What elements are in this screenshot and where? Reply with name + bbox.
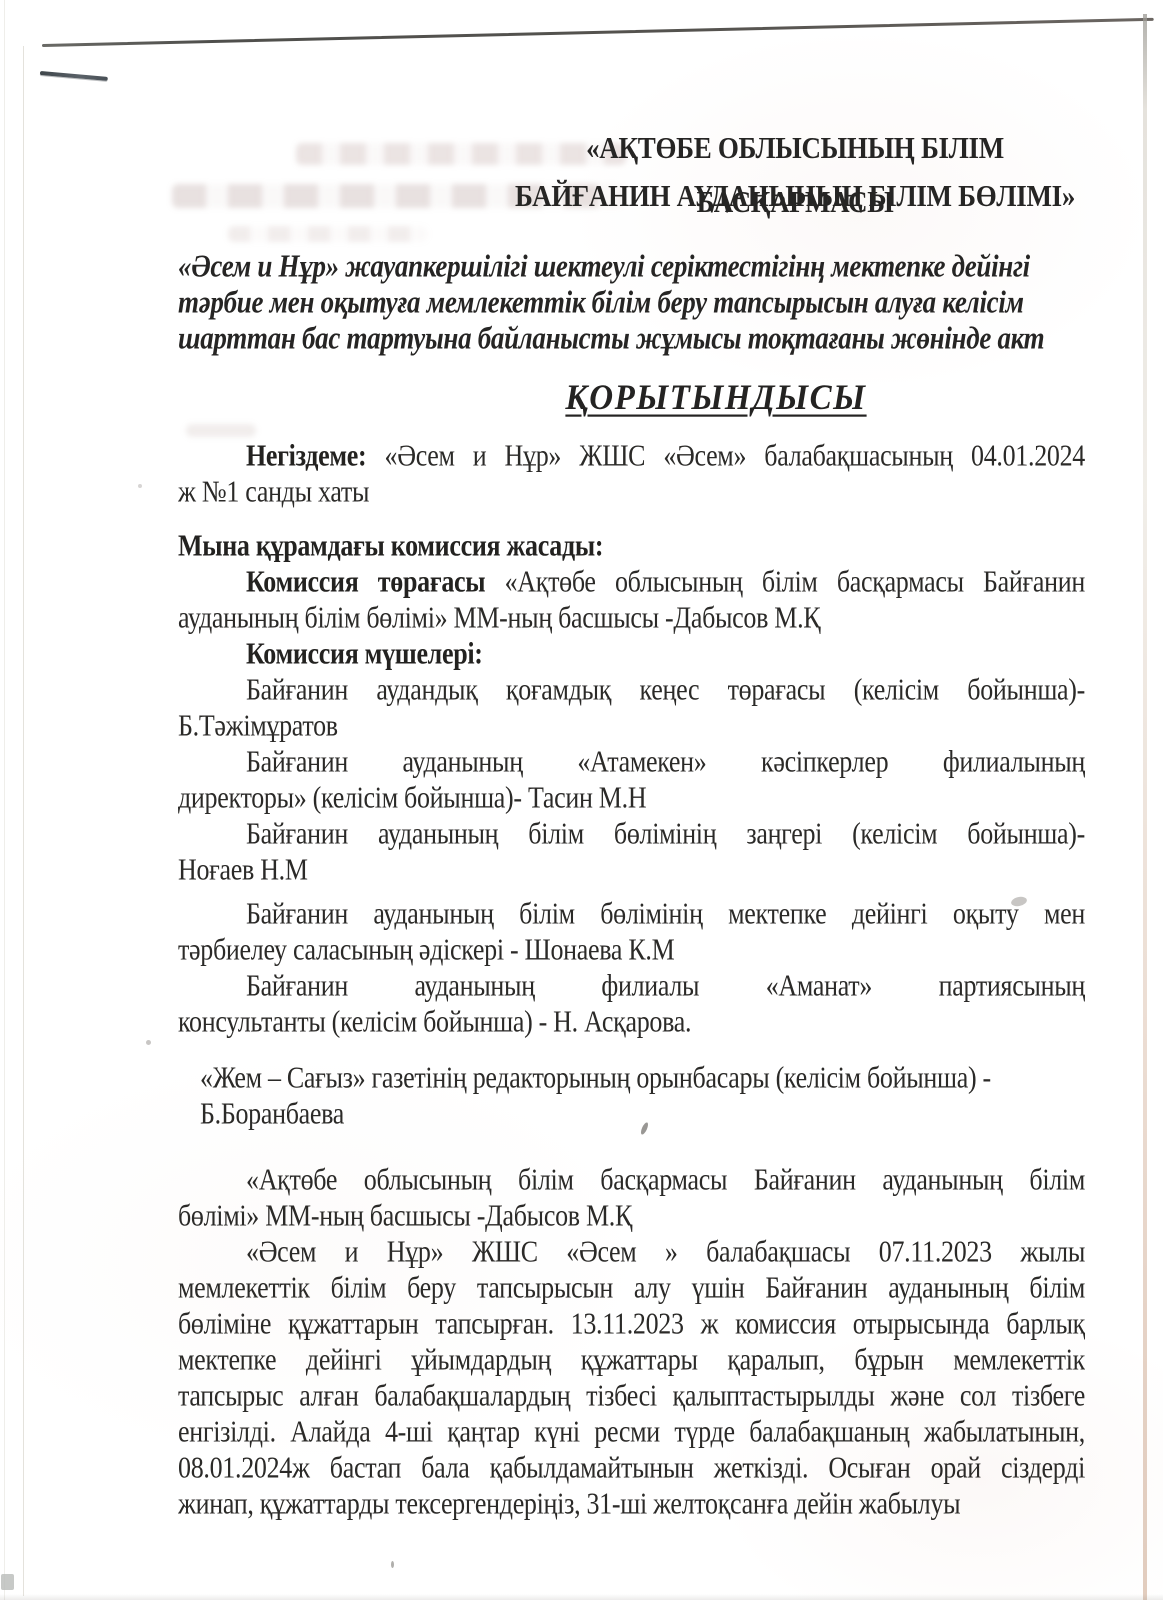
member-item-editor: «Жем – Сағыз» газетінің редакторының оры… <box>178 1060 1085 1132</box>
document-header: «АҚТӨБЕ ОБЛЫСЫНЫҢ БІЛІМ БАСҚАРМАСЫ БАЙҒА… <box>178 124 1085 220</box>
chairman-text: «Ақтөбе облысының білім басқармасы Байға… <box>505 565 1085 599</box>
member-line: консультанты (келісім бойынша) - Н. Асқа… <box>178 1001 1085 1043</box>
document-body: «АҚТӨБЕ ОБЛЫСЫНЫҢ БІЛІМ БАСҚАРМАСЫ БАЙҒА… <box>178 0 1085 1522</box>
paper-left-edge <box>23 46 24 1596</box>
scan-corner-speck <box>1 1574 14 1590</box>
member-item: Байғанин ауданының филиалы «Аманат» парт… <box>178 968 1085 1040</box>
basis-text: «Әсем и Нұр» ЖШС «Әсем» балабақшасының 0… <box>385 439 1085 473</box>
member-item: Байғанин ауданының білім бөлімінің мекте… <box>178 896 1085 968</box>
commission-heading: Мына құрамдағы комиссия жасады: <box>178 528 1085 564</box>
subject-line: шарттан бас тартуына байланысты жұмысы т… <box>178 317 1085 359</box>
member-item: Байғанин аудандық қоғамдық кеңес төрағас… <box>178 672 1085 744</box>
document-title: ҚОРЫТЫНДЫСЫ <box>565 378 866 418</box>
scan-speck <box>391 1561 394 1568</box>
scan-speck <box>138 484 142 488</box>
paper-bottom-shadow <box>0 1594 1163 1600</box>
scan-left-line <box>4 0 5 1600</box>
member-item: Байғанин ауданының «Атамекен» кәсіпкерле… <box>178 744 1085 816</box>
chairman-label: Комиссия төрағасы <box>246 565 485 599</box>
basis-label: Негіздеме: <box>246 439 366 473</box>
body-line: жинап, құжаттарды тексергендеріңіз, 31-ш… <box>178 1483 1085 1525</box>
basis-line-2: ж №1 санды хаты <box>178 471 1085 513</box>
scan-speck <box>146 1040 151 1045</box>
body-paragraph: «Ақтөбе облысының білім басқармасы Байға… <box>178 1162 1085 1234</box>
member-item: Байғанин ауданының білім бөлімінің заңге… <box>178 816 1085 888</box>
basis-paragraph: Негіздеме: «Әсем и Нұр» ЖШС «Әсем» балаб… <box>178 438 1085 510</box>
chairman-paragraph: Комиссия төрағасы «Ақтөбе облысының білі… <box>178 564 1085 636</box>
title-block: ҚОРЫТЫНДЫСЫ <box>178 378 1085 418</box>
header-line-1: «АҚТӨБЕ ОБЛЫСЫНЫҢ БІЛІМ БАСҚАРМАСЫ <box>505 121 1085 175</box>
member-line: Ноғаев Н.М <box>178 849 1085 891</box>
paper-right-edge <box>1143 14 1147 1600</box>
scanned-page: { "document": { "header": [ "«АҚТӨБЕ ОБЛ… <box>0 0 1163 1600</box>
member-line: Б.Боранбаева <box>200 1093 1085 1135</box>
header-line-2: БАЙҒАНИН АУДАНЫНЫҢ БІЛІМ БӨЛІМІ» <box>505 169 1085 223</box>
subject-paragraph: «Әсем и Нұр» жауапкершілігі шектеулі сер… <box>178 248 1085 356</box>
body-paragraph: «Әсем и Нұр» ЖШС «Әсем » балабақшасы 07.… <box>178 1234 1085 1522</box>
staple-mark <box>40 71 108 81</box>
